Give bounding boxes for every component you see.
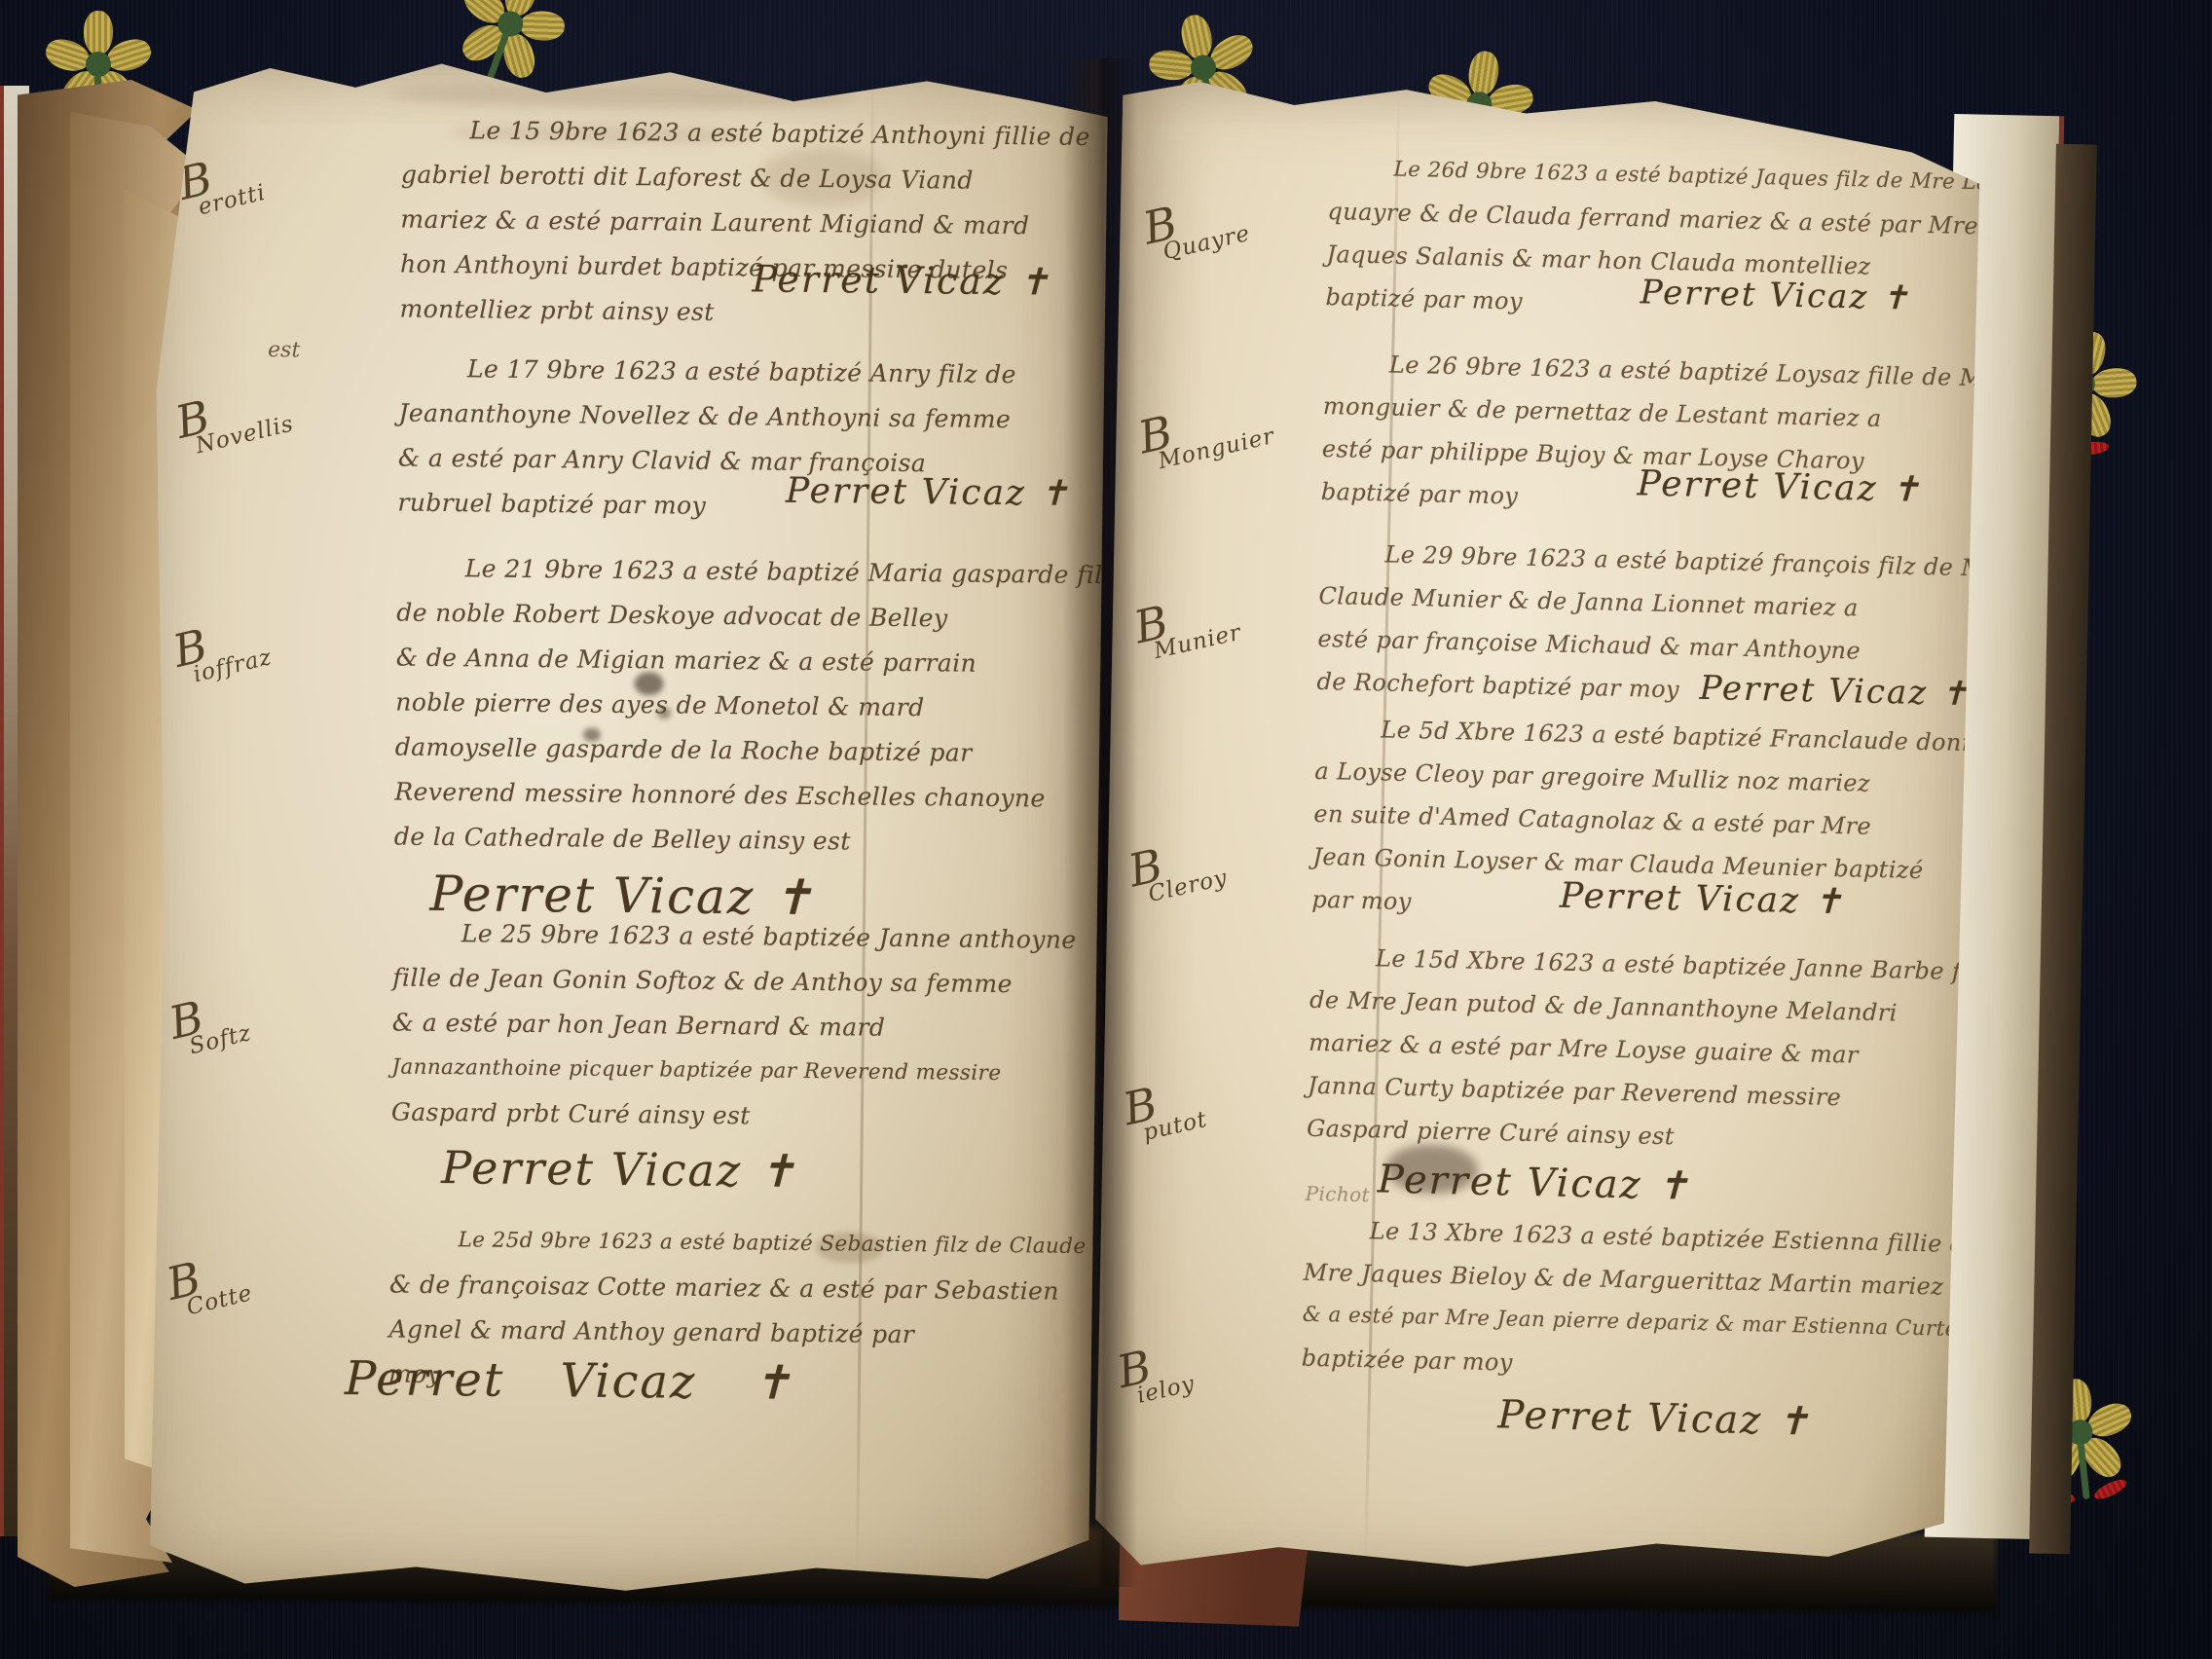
priest-signature: Perret Vicaz ✝ bbox=[1699, 669, 1971, 714]
baptism-entry: B Novellis Le 17 9bre 1623 a esté baptiz… bbox=[168, 344, 1086, 533]
flower-petal bbox=[2090, 367, 2137, 399]
left-page: B erotti Le 15 9bre 1623 a esté baptizé … bbox=[140, 52, 1109, 1602]
priest-signature: Perret Vicaz ✝ bbox=[786, 471, 1071, 514]
priest-signature: Perret Vicaz ✝ bbox=[1497, 1392, 1812, 1444]
baptism-entry: B Cleroy Le 5d Xbre 1623 a esté baptizé … bbox=[1122, 702, 1964, 935]
photograph-of-open-register: B erotti Le 15 9bre 1623 a esté baptizé … bbox=[0, 0, 2212, 1659]
priest-signature: Perret Vicaz ✝ bbox=[1640, 273, 1911, 317]
baptism-entry: B Quayre Le 26d 9bre 1623 a esté baptizé… bbox=[1135, 143, 1976, 333]
priest-signature: Perret Vicaz ✝ bbox=[162, 1138, 1078, 1200]
priest-signature: Perret Vicaz ✝ bbox=[345, 1351, 793, 1411]
entry-line: Gaspard prbt Curé ainsy est bbox=[163, 1088, 1078, 1142]
priest-signature: Perret Vicaz ✝ bbox=[1560, 876, 1845, 923]
right-page: B Quayre Le 26d 9bre 1623 a esté baptizé… bbox=[1089, 74, 1982, 1599]
flower-red-leaf bbox=[2092, 1476, 2129, 1502]
baptism-entry: B Monguier Le 26 9bre 1623 a esté baptiz… bbox=[1131, 338, 1972, 528]
baptism-entry: B Munier Le 29 9bre 1623 a esté baptizé … bbox=[1126, 527, 1968, 717]
baptism-entry: B ieloy Pichot Le 13 Xbre 1623 a esté ba… bbox=[1111, 1174, 1952, 1393]
priest-signature: Perret Vicaz ✝ bbox=[1637, 463, 1922, 510]
baptism-entry: B Cotte Le 25d 9bre 1623 a esté baptizé … bbox=[160, 1215, 1077, 1404]
baptism-entry: B erotti Le 15 9bre 1623 a esté baptizé … bbox=[170, 105, 1088, 339]
baptism-entry: B Softz Le 25 9bre 1623 a esté baptizée … bbox=[163, 908, 1080, 1142]
flower-petal bbox=[519, 11, 565, 42]
baptism-entry: B ioffraz Le 21 9bre 1623 a esté baptizé… bbox=[166, 543, 1084, 866]
priest-signature: Perret Vicaz ✝ bbox=[752, 257, 1051, 303]
entry-line: de la Cathedrale de Belley ainsy est bbox=[166, 812, 1081, 866]
baptism-entry: B putot Le 15d Xbre 1623 a esté baptizée… bbox=[1117, 931, 1959, 1163]
